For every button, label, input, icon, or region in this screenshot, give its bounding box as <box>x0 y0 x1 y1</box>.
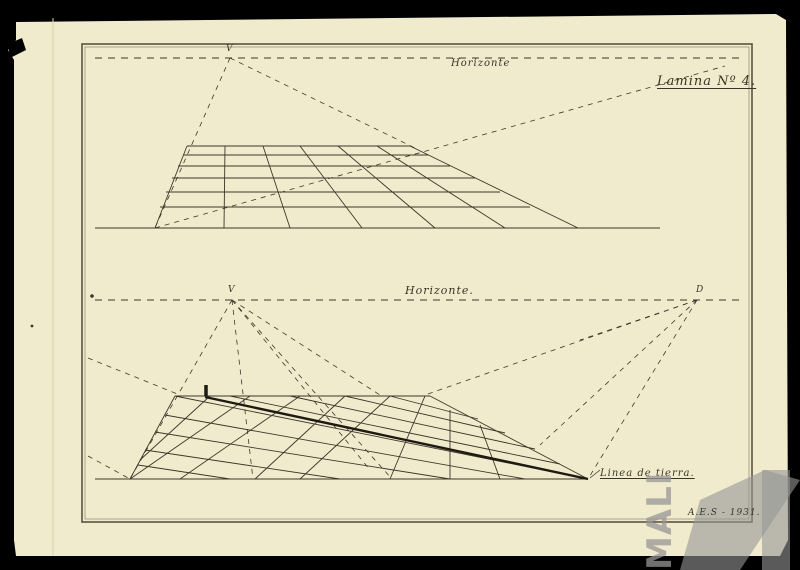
sheet-title: Lamina Nº 4. <box>657 74 756 89</box>
drawing-sheet: Lamina Nº 4. Horizonte V Horizonte. V D … <box>0 0 800 570</box>
signature: A.E.S - 1931. <box>688 508 760 518</box>
bottom-horizon-label: Horizonte. <box>405 284 474 297</box>
bottom-vanishing-point-label: V <box>228 285 236 295</box>
dot-mark <box>90 294 94 298</box>
dot-mark <box>31 325 34 328</box>
distance-point-label: D <box>696 285 704 295</box>
watermark-text: MALI <box>640 472 680 570</box>
top-horizon-label: Horizonte <box>451 58 510 69</box>
watermark-bar <box>762 470 790 570</box>
top-vanishing-point-label: V <box>226 44 234 54</box>
